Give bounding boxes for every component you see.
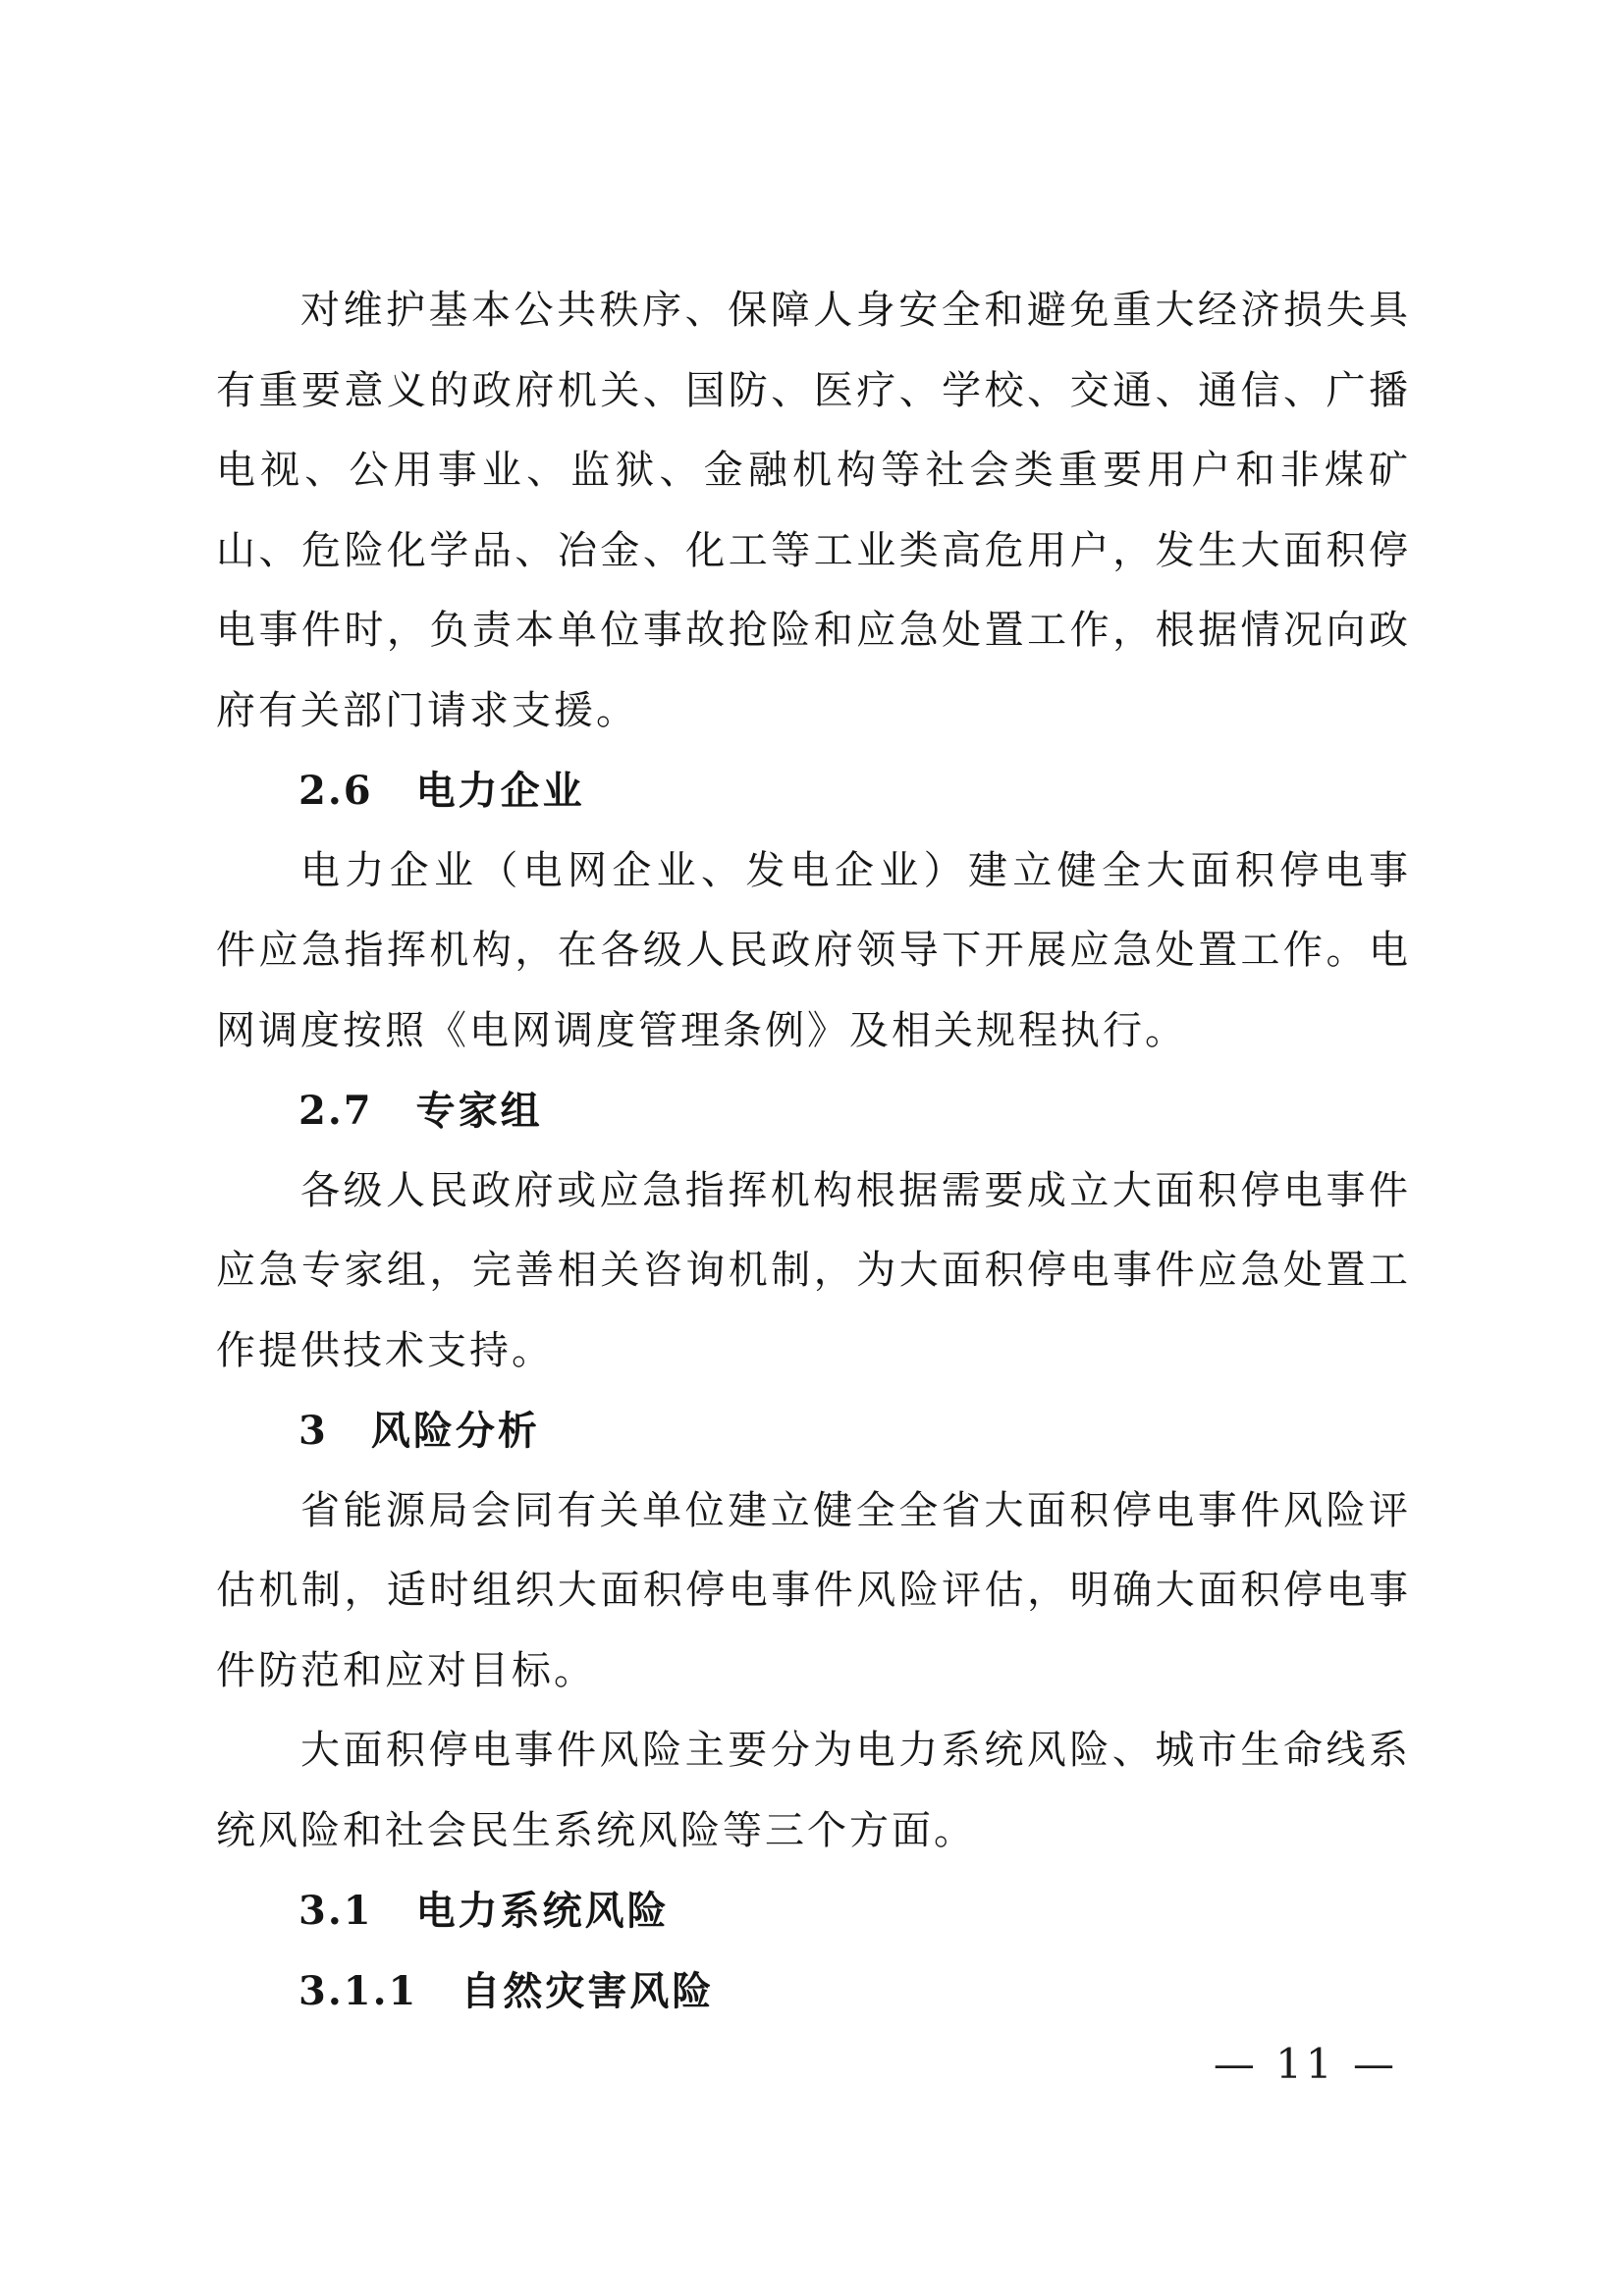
paragraph-line: 应急专家组，完善相关咨询机制，为大面积停电事件应急处置工 [216,1231,1411,1311]
heading-number: 2.7 [298,1088,373,1134]
paragraph-line: 省能源局会同有关单位建立健全全省大面积停电事件风险评 [216,1471,1411,1552]
heading-number: 3.1.1 [298,1968,417,2014]
heading-title: 电力企业 [416,769,585,814]
heading-number: 3.1 [298,1888,373,1934]
paragraph-line: 府有关部门请求支援。 [216,671,1411,752]
section-heading-3: 3风险分析 [298,1391,1411,1471]
heading-title: 专家组 [416,1089,543,1134]
paragraph-line: 各级人民政府或应急指挥机构根据需要成立大面积停电事件 [216,1151,1411,1232]
paragraph-line: 网调度按照《电网调度管理条例》及相关规程执行。 [216,991,1411,1072]
section-heading-3-1-1: 3.1.1自然灾害风险 [298,1951,1411,2032]
paragraph-line: 有重要意义的政府机关、国防、医疗、学校、交通、通信、广播 [216,351,1411,432]
paragraph-line: 对维护基本公共秩序、保障人身安全和避免重大经济损失具 [216,271,1411,351]
paragraph-line: 统风险和社会民生系统风险等三个方面。 [216,1791,1411,1872]
paragraph-line: 估机制，适时组织大面积停电事件风险评估，明确大面积停电事 [216,1551,1411,1631]
heading-title: 风险分析 [371,1409,540,1454]
heading-number: 3 [298,1408,328,1454]
paragraph-line: 大面积停电事件风险主要分为电力系统风险、城市生命线系 [216,1711,1411,1791]
paragraph-line: 作提供技术支持。 [216,1311,1411,1392]
page-number: — 11 — [1214,2040,1398,2089]
paragraph-line: 电视、公用事业、监狱、金融机构等社会类重要用户和非煤矿 [216,431,1411,511]
paragraph-line: 件应急指挥机构，在各级人民政府领导下开展应急处置工作。电 [216,911,1411,991]
document-page: 对维护基本公共秩序、保障人身安全和避免重大经济损失具 有重要意义的政府机关、国防… [0,0,1624,2296]
paragraph-line: 电力企业（电网企业、发电企业）建立健全大面积停电事 [216,831,1411,912]
paragraph-line: 件防范和应对目标。 [216,1631,1411,1712]
section-heading-3-1: 3.1电力系统风险 [298,1871,1411,1951]
heading-title: 自然灾害风险 [460,1969,714,2014]
paragraph-line: 电事件时，负责本单位事故抢险和应急处置工作，根据情况向政 [216,591,1411,671]
document-body: 对维护基本公共秩序、保障人身安全和避免重大经济损失具 有重要意义的政府机关、国防… [216,271,1411,2031]
section-heading-2-7: 2.7专家组 [298,1071,1411,1151]
section-heading-2-6: 2.6电力企业 [298,751,1411,831]
heading-number: 2.6 [298,768,373,814]
heading-title: 电力系统风险 [416,1889,670,1934]
paragraph-line: 山、危险化学品、冶金、化工等工业类高危用户，发生大面积停 [216,511,1411,592]
